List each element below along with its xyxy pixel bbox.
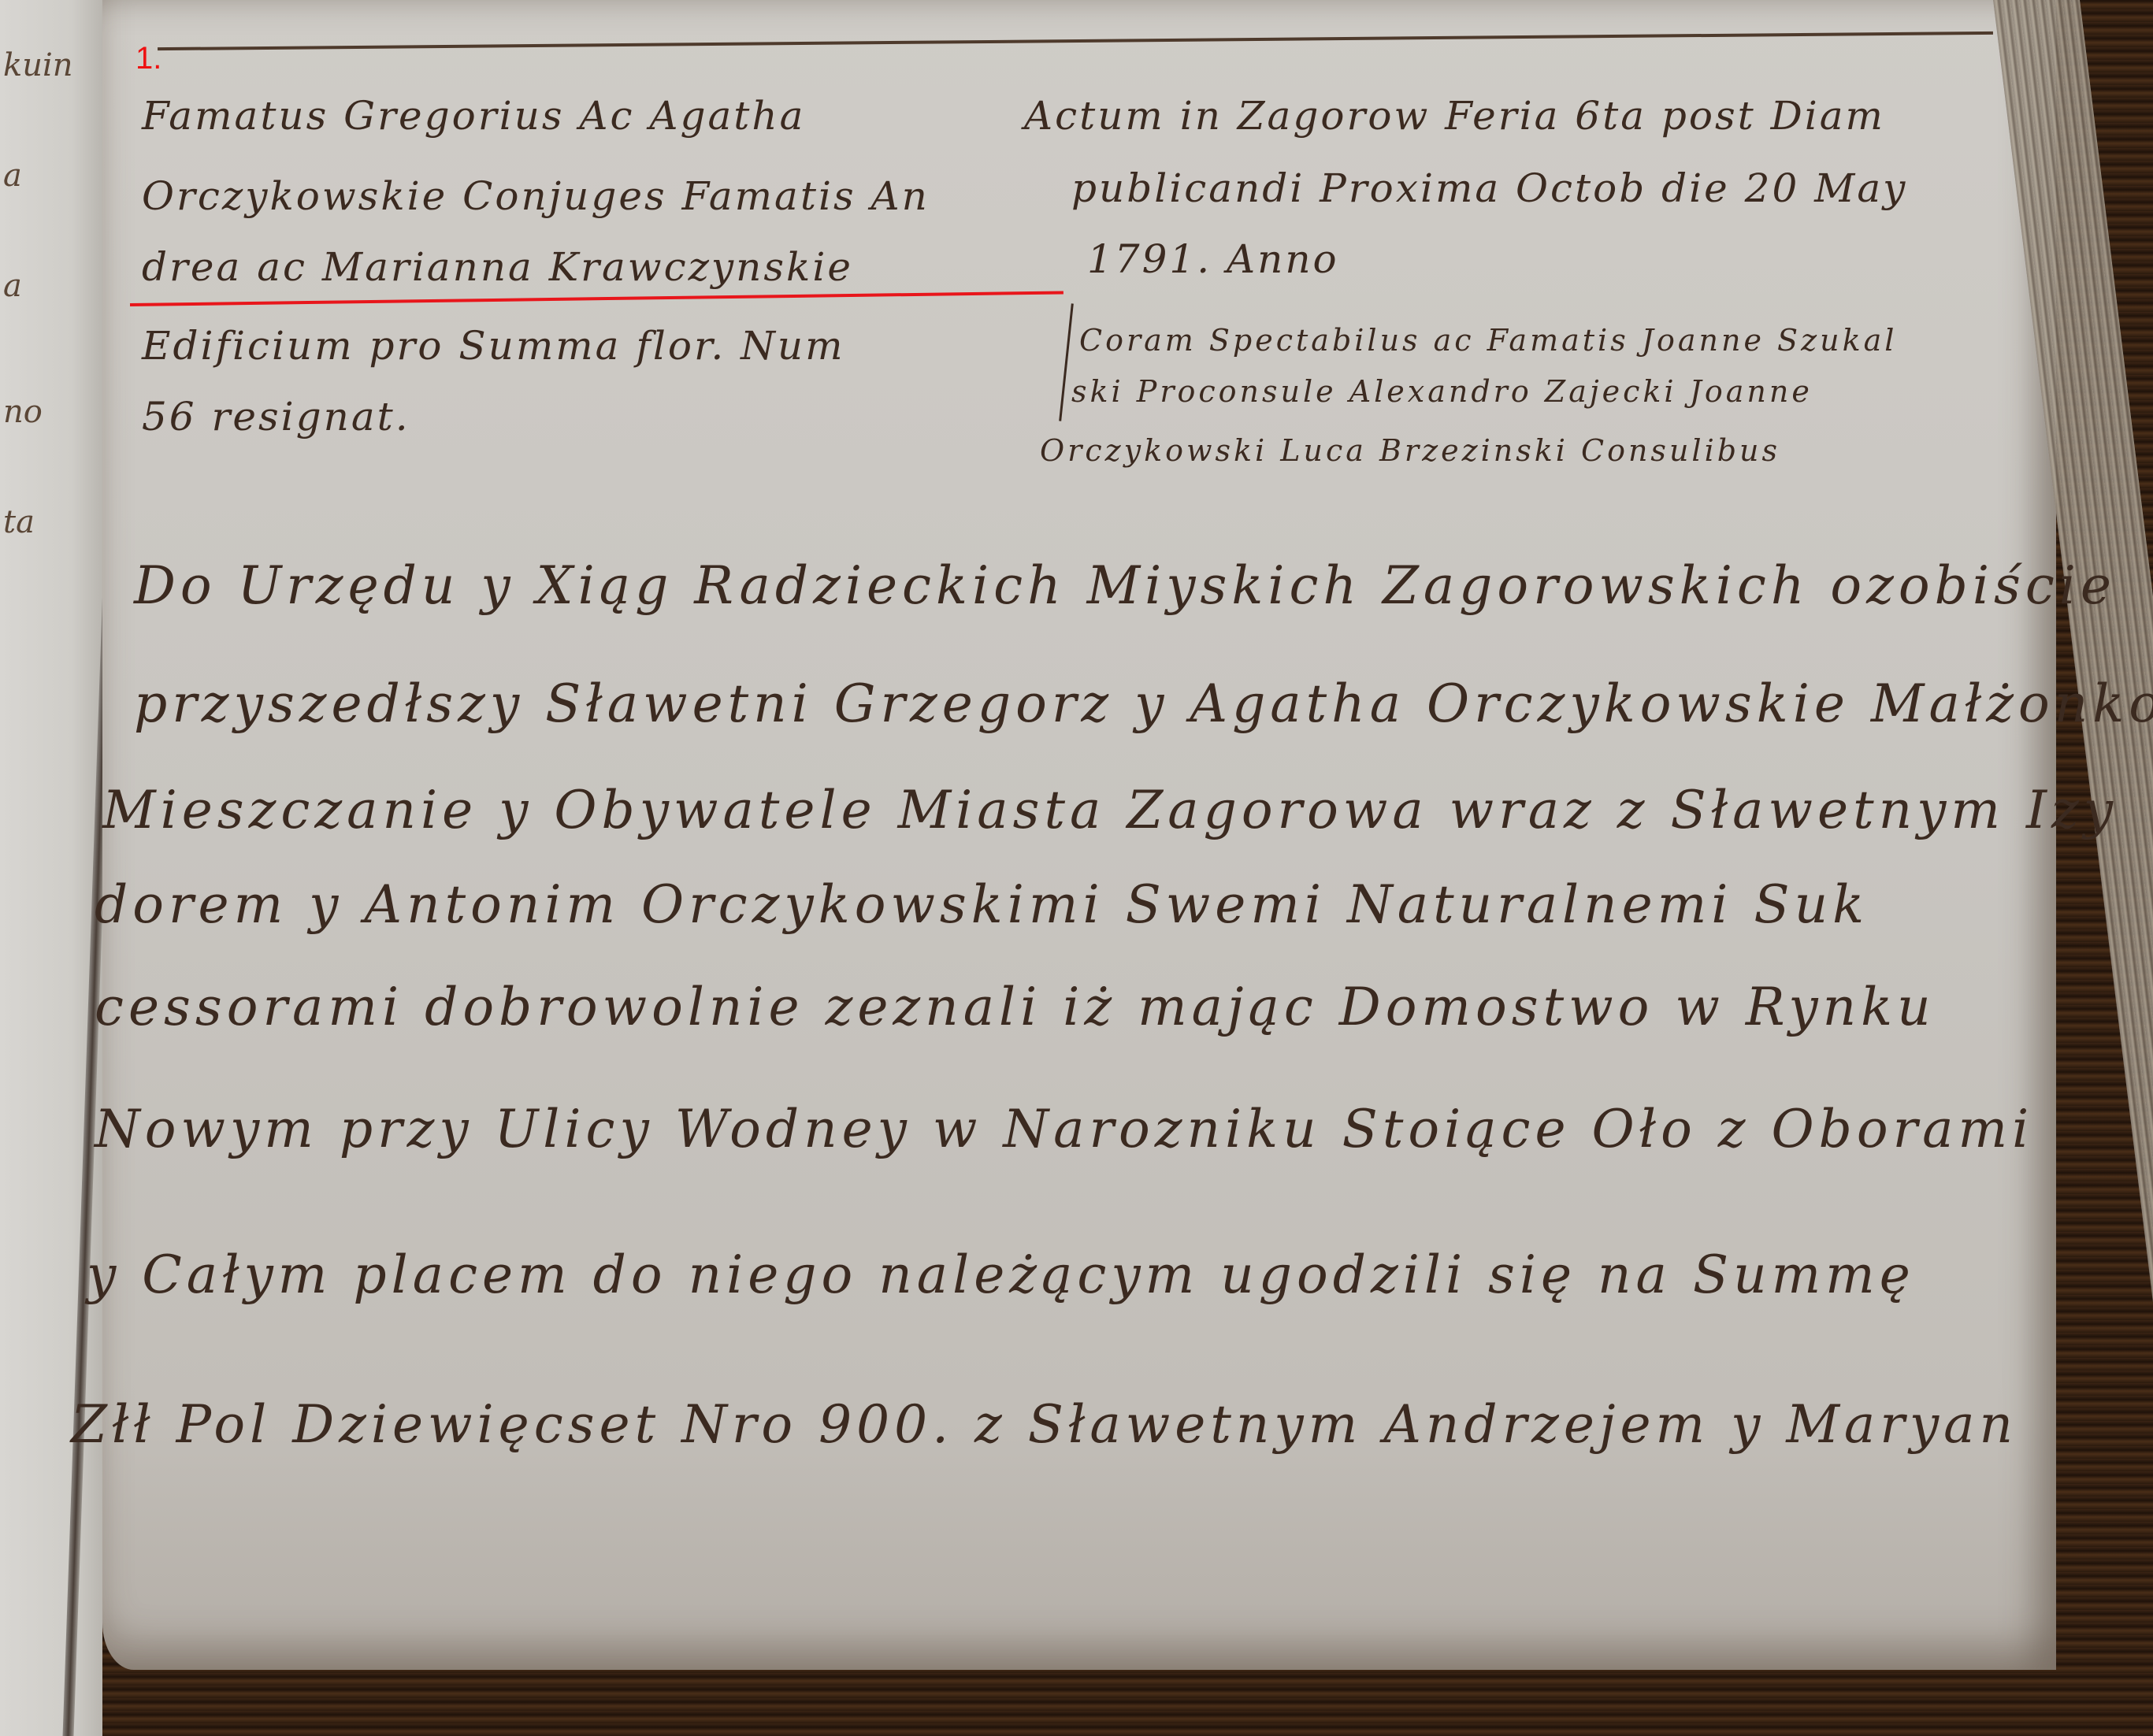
body-line-7: y Całym placem do niego należącym ugodzi…: [87, 1245, 1915, 1305]
left-page-fragment: ta: [3, 504, 35, 540]
dating-clause-line-1: Actum in Zagorow Feria 6ta post Diam: [1024, 93, 1885, 139]
dating-clause-line-2: publicandi Proxima Octob die 20 May: [1071, 165, 1907, 211]
left-page-fragment: kuin: [3, 47, 73, 83]
witnesses-line-1: Coram Spectabilus ac Famatis Joanne Szuk…: [1079, 323, 1897, 358]
margin-note-continuation-2: 56 resignat.: [142, 394, 410, 440]
body-line-3: Mieszczanie y Obywatele Miasta Zagorowa …: [102, 780, 2118, 840]
margin-note-line-3-underlined: drea ac Marianna Krawczynskie: [142, 244, 853, 290]
left-facing-page: kuin a a no ta: [0, 0, 102, 1736]
dating-clause-line-3: 1791. Anno: [1087, 236, 1339, 282]
body-line-4: dorem y Antonim Orczykowskimi Swemi Natu…: [95, 874, 1869, 935]
body-line-5: cessorami dobrowolnie zeznali iż mając D…: [95, 977, 1936, 1037]
witnesses-line-2: ski Proconsule Alexandro Zajecki Joanne: [1071, 374, 1813, 409]
margin-note-line-1: Famatus Gregorius Ac Agatha: [142, 93, 805, 139]
body-line-2: przyszedłszy Sławetni Grzegorz y Agatha …: [134, 673, 2153, 734]
margin-note-line-2: Orczykowskie Conjuges Famatis An: [142, 173, 930, 219]
left-page-fragment: a: [3, 158, 22, 194]
entry-number-annotation: 1.: [135, 41, 161, 76]
margin-note-continuation-1: Edificium pro Summa flor. Num: [142, 323, 845, 369]
left-page-fragment: a: [3, 268, 22, 304]
body-line-1: Do Urzędu y Xiąg Radzieckich Miyskich Za…: [134, 555, 2116, 616]
body-line-8: Złł Pol Dziewięcset Nro 900. z Sławetnym…: [71, 1394, 2018, 1455]
witnesses-line-3: Orczykowski Luca Brzezinski Consulibus: [1040, 433, 1780, 468]
body-line-6: Nowym przy Ulicy Wodney w Narozniku Stoi…: [95, 1099, 2033, 1159]
left-page-fragment: no: [3, 394, 43, 430]
